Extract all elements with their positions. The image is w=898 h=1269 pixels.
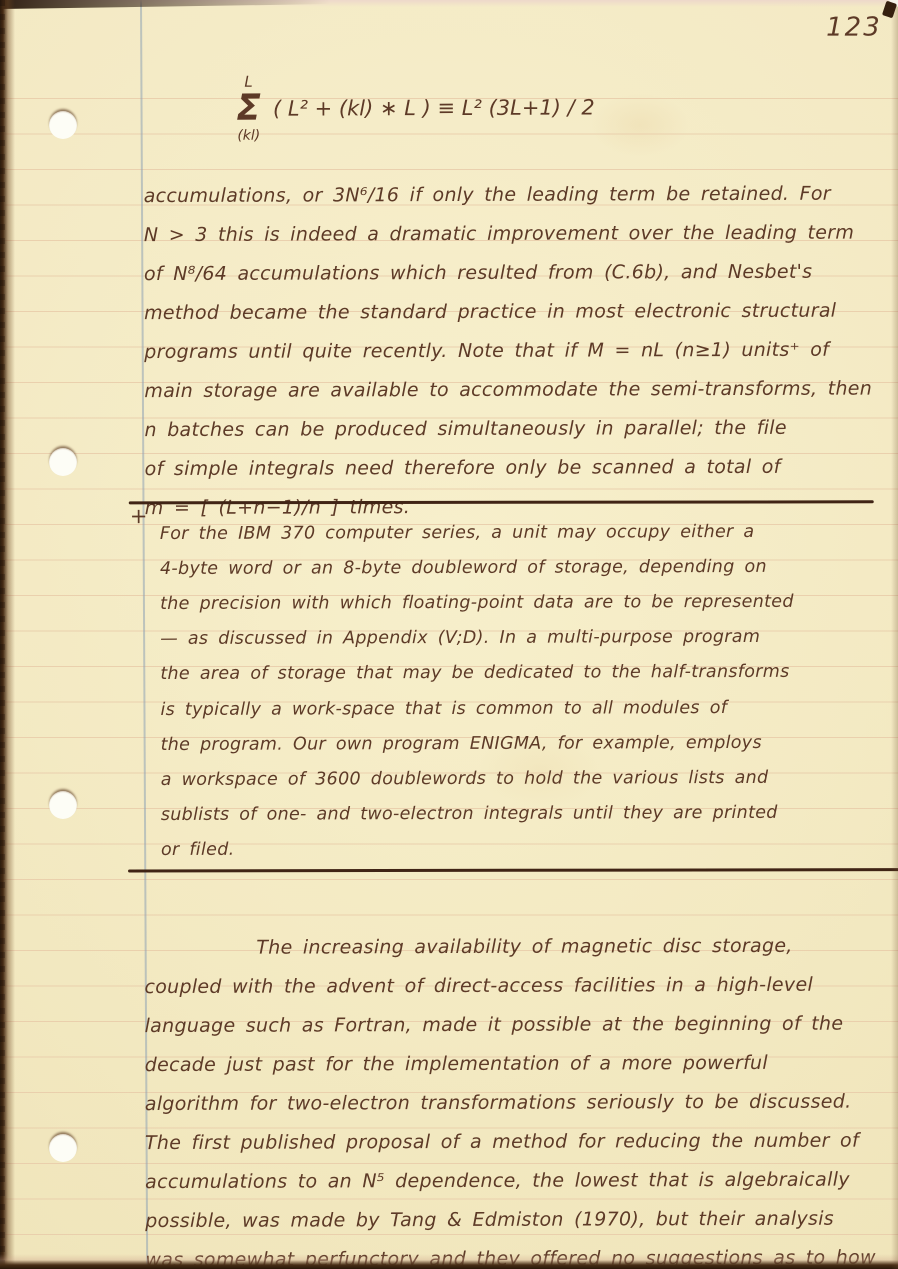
handwritten-line: of simple integrals need therefore only …: [145, 441, 898, 483]
handwritten-line: For the IBM 370 computer series, a unit …: [160, 508, 898, 546]
handwritten-line: algorithm for two-electron transformatio…: [145, 1076, 898, 1118]
punch-hole: [49, 448, 77, 476]
handwritten-line: was somewhat perfunctory and they offere…: [145, 1232, 898, 1269]
sigma-symbol: Σ: [236, 92, 261, 126]
punch-hole: [49, 1134, 77, 1162]
punch-hole: [49, 791, 77, 819]
page-number: 123: [826, 12, 882, 42]
scanned-notebook-page: 123 L Σ (kl) ( L² + (kl) ∗ L ) ≡ L² (3L+…: [0, 0, 898, 1269]
handwritten-line: main storage are available to accommodat…: [144, 363, 898, 405]
handwritten-line: of N⁸/64 accumulations which resulted fr…: [144, 246, 898, 288]
handwritten-line: 4-byte word or an 8-byte doubleword of s…: [160, 544, 898, 582]
handwritten-line: the area of storage that may be dedicate…: [160, 649, 898, 687]
handwritten-line: sublists of one- and two-electron integr…: [161, 789, 898, 827]
handwritten-line: language such as Fortran, made it possib…: [144, 998, 898, 1040]
punch-hole: [49, 111, 77, 139]
handwritten-line: N > 3 this is indeed a dramatic improvem…: [144, 207, 898, 249]
handwritten-line: is typically a work-space that is common…: [160, 684, 898, 722]
section-separator: [128, 868, 898, 872]
summation-sign: L Σ (kl): [236, 75, 261, 143]
handwritten-line: decade just past for the implementation …: [145, 1037, 898, 1079]
summation-formula: L Σ (kl) ( L² + (kl) ∗ L ) ≡ L² (3L+1) /…: [236, 73, 595, 142]
handwritten-line: or filed.: [161, 824, 898, 862]
handwritten-line: — as discussed in Appendix (V;D). In a m…: [160, 614, 898, 652]
handwritten-line: possible, was made by Tang & Edmiston (1…: [145, 1193, 898, 1235]
handwritten-line: programs until quite recently. Note that…: [144, 324, 898, 366]
handwritten-line: the program. Our own program ENIGMA, for…: [161, 719, 898, 757]
handwriting-layer: 123 L Σ (kl) ( L² + (kl) ∗ L ) ≡ L² (3L+…: [0, 0, 898, 1269]
handwritten-line: method became the standard practice in m…: [144, 285, 898, 327]
paragraph-main: accumulations, or 3N⁶/16 if only the lea…: [1, 168, 898, 522]
handwritten-line: accumulations, or 3N⁶/16 if only the lea…: [144, 168, 898, 210]
sum-lower-limit: (kl): [237, 129, 260, 143]
handwritten-line: accumulations to an N⁵ dependence, the l…: [145, 1154, 898, 1196]
paragraph-closing: The increasing availability of magnetic …: [3, 920, 898, 1269]
handwritten-line: the precision with which floating-point …: [160, 579, 898, 617]
handwritten-line: n batches can be produced simultaneously…: [144, 402, 898, 444]
handwritten-line: The increasing availability of magnetic …: [144, 920, 898, 962]
handwritten-line: a workspace of 3600 doublewords to hold …: [161, 754, 898, 792]
formula-body: ( L² + (kl) ∗ L ) ≡ L² (3L+1) / 2: [273, 96, 595, 121]
handwritten-line: The first published proposal of a method…: [145, 1115, 898, 1157]
handwritten-line: coupled with the advent of direct-access…: [144, 959, 898, 1001]
footnote-block: For the IBM 370 computer series, a unit …: [2, 508, 898, 862]
